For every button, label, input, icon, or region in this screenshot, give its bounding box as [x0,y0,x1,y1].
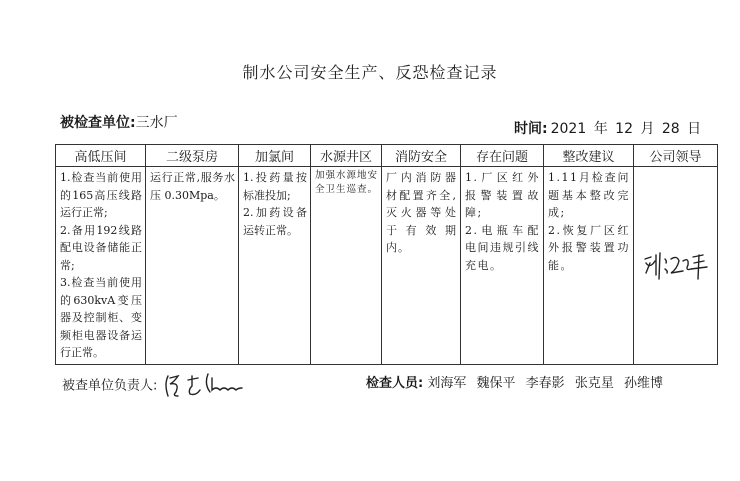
inspector-name: 张克星 [575,376,614,391]
header-high-low-voltage-room: 高低压间 [56,145,146,167]
document-title: 制水公司安全生产、反恐检查记录 [0,60,740,83]
header-chlorination-room: 加氯间 [239,145,311,167]
inspected-unit-value: 三水厂 [136,115,178,131]
header-secondary-pump-room: 二级泵房 [146,145,239,167]
inspector-name: 魏保平 [477,376,516,391]
header-existing-problems: 存在问题 [461,145,544,167]
header-rectification-suggestions: 整改建议 [544,145,634,167]
responsible-person: 被查单位负责人: [62,372,247,400]
inspector-name: 刘海军 [427,376,466,391]
responsible-signature-icon [162,372,247,400]
date-day-unit: 日 [687,121,701,137]
date-month-unit: 月 [640,121,654,137]
cell-secondary-pump-room: 运行正常,服务水压 0.30Mpa。 [146,167,239,365]
cell-company-leader [634,167,718,365]
inspectors-label: 检查人员: [366,376,423,391]
inspected-unit: 被检查单位:三水厂 [60,112,178,132]
cell-high-low-voltage-room: 1.检查当前使用的165高压线路运行正常; 2.备用192线路配电设备储能正常;… [56,167,146,365]
inspectors: 检查人员: 刘海军 魏保平 李春影 张克星 孙维博 [366,372,669,391]
responsible-label: 被查单位负责人: [62,379,157,394]
inspection-table: 高低压间 二级泵房 加氯间 水源井区 消防安全 存在问题 整改建议 公司领导 1… [55,144,718,365]
date-year: 2021 [551,121,587,137]
date-year-unit: 年 [594,121,608,137]
header-fire-safety: 消防安全 [382,145,461,167]
header-company-leader: 公司领导 [634,145,718,167]
inspected-unit-label: 被检查单位: [60,115,136,131]
cell-rectification-suggestions: 1.11月检查问题基本整改完成; 2.恢复厂区红外报警装置功能。 [544,167,634,365]
date-month: 12 [615,121,633,137]
table-header-row: 高低压间 二级泵房 加氯间 水源井区 消防安全 存在问题 整改建议 公司领导 [56,145,718,167]
header-water-source-well-area: 水源井区 [311,145,382,167]
date-day: 28 [662,121,680,137]
inspector-name: 李春影 [526,376,565,391]
inspection-date: 时间:2021 年 12 月 28 日 [514,118,704,138]
inspector-name: 孙维博 [624,376,663,391]
cell-water-source-well-area: 加强水源地安全卫生巡查。 [311,167,382,365]
leader-signature-icon [641,249,711,283]
cell-fire-safety: 厂内消防器材配置齐全,灭火器等处于有效期内。 [382,167,461,365]
cell-chlorination-room: 1.投药量按标准投加; 2.加药设备运转正常。 [239,167,311,365]
date-label: 时间: [514,121,548,137]
cell-existing-problems: 1.厂区红外报警装置故障; 2.电瓶车配电间违规引线充电。 [461,167,544,365]
table-row: 1.检查当前使用的165高压线路运行正常; 2.备用192线路配电设备储能正常;… [56,167,718,365]
